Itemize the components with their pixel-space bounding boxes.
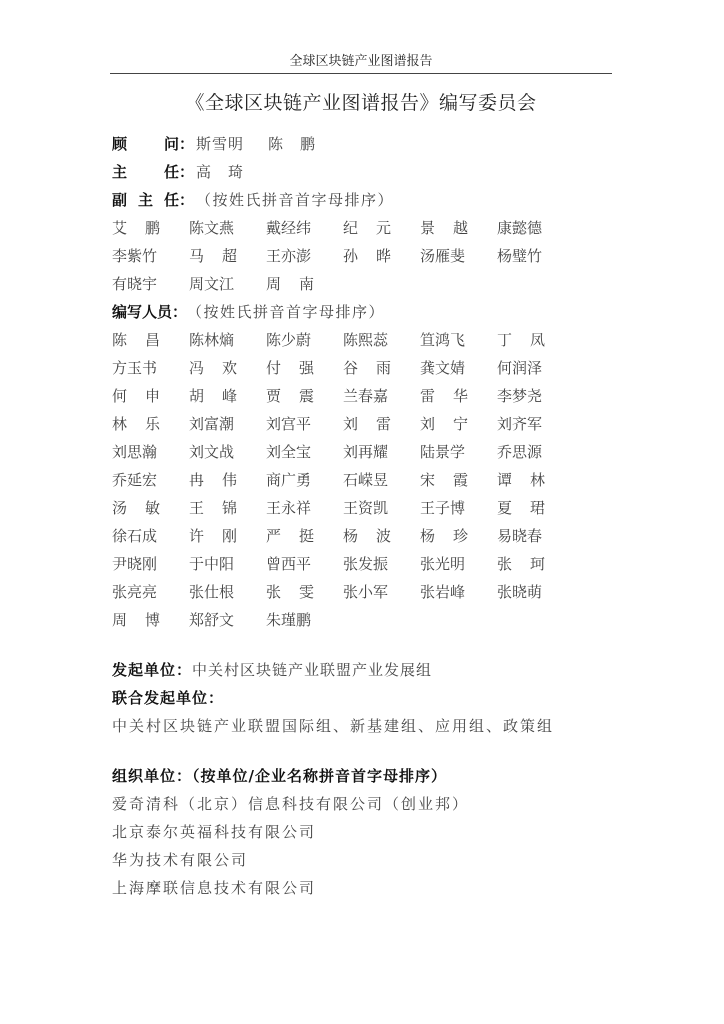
name-row: 乔延宏冉伟商广勇石嵘昱宋霞谭林 — [112, 466, 612, 494]
person-name: 刘再耀 — [343, 438, 391, 466]
person-name: 汤雁斐 — [420, 242, 468, 270]
person-name: 乔延宏 — [112, 466, 160, 494]
director-row: 主 任： 高 琦 — [112, 158, 612, 186]
person-name: 刘思瀚 — [112, 438, 160, 466]
person-name: 刘文战 — [189, 438, 237, 466]
person-name: 张亮亮 — [112, 578, 160, 606]
director-label: 主 任： — [112, 158, 196, 186]
person-name: 刘宁 — [420, 410, 468, 438]
person-name: 谷雨 — [343, 354, 391, 382]
person-name: 胡峰 — [189, 382, 237, 410]
person-name: 陈林熵 — [189, 326, 237, 354]
person-name: 曾西平 — [266, 550, 314, 578]
advisor-label: 顾 问： — [112, 130, 196, 158]
person-name: 斯雪明 — [196, 135, 244, 153]
person-name: 周南 — [266, 270, 314, 298]
name-row: 方玉书冯欢付强谷雨龚文婧何润泽 — [112, 354, 612, 382]
organizer-item: 北京泰尔英福科技有限公司 — [112, 818, 612, 846]
organizer-item: 华为技术有限公司 — [112, 846, 612, 874]
person-name: 李梦尧 — [497, 382, 545, 410]
organizers-heading: 组织单位：（按单位/企业名称拼音首字母排序） — [112, 762, 612, 790]
name-row: 刘思瀚刘文战刘全宝刘再耀陆景学乔思源 — [112, 438, 612, 466]
person-name: 陈熙蕊 — [343, 326, 391, 354]
person-name: 张发振 — [343, 550, 391, 578]
person-name: 高 琦 — [196, 163, 244, 181]
name-row: 林乐刘富潮刘宫平刘雷刘宁刘齐军 — [112, 410, 612, 438]
deputy-directors-list: 艾鹏陈文燕戴经纬纪元景越康懿德李紫竹马超王亦澎孙晔汤雁斐杨璧竹有晓宇周文江周南 — [112, 214, 612, 298]
person-name: 杨波 — [343, 522, 391, 550]
co-initiators-value: 中关村区块链产业联盟国际组、新基建组、应用组、政策组 — [112, 712, 612, 740]
person-name: 雷华 — [420, 382, 468, 410]
person-name: 张岩峰 — [420, 578, 468, 606]
person-name: 付强 — [266, 354, 314, 382]
person-name: 戴经纬 — [266, 214, 314, 242]
person-name: 张仕根 — [189, 578, 237, 606]
person-name: 林乐 — [112, 410, 160, 438]
committee-content: 顾 问： 斯雪明陈 鹏 主 任： 高 琦 副 主 任： （按姓氏拼音首字母排序）… — [112, 130, 612, 902]
initiator-row: 发起单位： 中关村区块链产业联盟产业发展组 — [112, 656, 612, 684]
person-name: 马超 — [189, 242, 237, 270]
header-rule — [110, 73, 612, 74]
organizer-item: 爱奇清科（北京）信息科技有限公司（创业邦） — [112, 790, 612, 818]
person-name: 龚文婧 — [420, 354, 468, 382]
person-name: 笪鸿飞 — [420, 326, 468, 354]
person-name: 王亦澎 — [266, 242, 314, 270]
person-name: 严挺 — [266, 522, 314, 550]
person-name: 张光明 — [420, 550, 468, 578]
person-name: 张珂 — [497, 550, 545, 578]
person-name: 刘富潮 — [189, 410, 237, 438]
person-name: 杨璧竹 — [497, 242, 545, 270]
person-name: 陈昌 — [112, 326, 160, 354]
person-name: 王锦 — [189, 494, 237, 522]
person-name: 杨珍 — [420, 522, 468, 550]
person-name: 王资凯 — [343, 494, 391, 522]
name-row: 尹晓刚于中阳曾西平张发振张光明张珂 — [112, 550, 612, 578]
person-name: 孙晔 — [343, 242, 391, 270]
person-name: 冉伟 — [189, 466, 237, 494]
writers-heading: 编写人员： （按姓氏拼音首字母排序） — [112, 298, 612, 326]
name-row: 周博郑舒文朱瑾鹏 — [112, 606, 612, 634]
person-name: 王永祥 — [266, 494, 314, 522]
writers-list: 陈昌陈林熵陈少蔚陈熙蕊笪鸿飞丁凤方玉书冯欢付强谷雨龚文婧何润泽何申胡峰贾震兰春嘉… — [112, 326, 612, 634]
person-name: 张雯 — [266, 578, 314, 606]
name-row: 有晓宇周文江周南 — [112, 270, 612, 298]
person-name: 刘雷 — [343, 410, 391, 438]
person-name: 刘宫平 — [266, 410, 314, 438]
sort-note: （按姓氏拼音首字母排序） — [196, 186, 394, 214]
person-name: 许刚 — [189, 522, 237, 550]
person-name: 易晓春 — [497, 522, 545, 550]
person-name: 郑舒文 — [189, 606, 237, 634]
person-name: 徐石成 — [112, 522, 160, 550]
name-row: 张亮亮张仕根张雯张小军张岩峰张晓萌 — [112, 578, 612, 606]
person-name: 周博 — [112, 606, 160, 634]
spacer — [112, 634, 612, 656]
person-name: 康懿德 — [497, 214, 545, 242]
person-name: 宋霞 — [420, 466, 468, 494]
name-row: 何申胡峰贾震兰春嘉雷华李梦尧 — [112, 382, 612, 410]
name-row: 李紫竹马超王亦澎孙晔汤雁斐杨璧竹 — [112, 242, 612, 270]
director-names: 高 琦 — [196, 158, 268, 186]
person-name: 谭林 — [497, 466, 545, 494]
deputy-directors-heading: 副 主 任： （按姓氏拼音首字母排序） — [112, 186, 612, 214]
person-name: 景越 — [420, 214, 468, 242]
person-name: 于中阳 — [189, 550, 237, 578]
person-name: 有晓宇 — [112, 270, 160, 298]
name-row: 徐石成许刚严挺杨波杨珍易晓春 — [112, 522, 612, 550]
person-name: 陈 鹏 — [268, 135, 316, 153]
person-name: 方玉书 — [112, 354, 160, 382]
person-name: 李紫竹 — [112, 242, 160, 270]
person-name: 汤敏 — [112, 494, 160, 522]
name-row: 陈昌陈林熵陈少蔚陈熙蕊笪鸿飞丁凤 — [112, 326, 612, 354]
person-name: 朱瑾鹏 — [266, 606, 314, 634]
person-name: 兰春嘉 — [343, 382, 391, 410]
person-name: 陈少蔚 — [266, 326, 314, 354]
person-name: 冯欢 — [189, 354, 237, 382]
person-name: 乔思源 — [497, 438, 545, 466]
document-title: 《全球区块链产业图谱报告》编写委员会 — [110, 88, 612, 115]
person-name: 纪元 — [343, 214, 391, 242]
name-row: 艾鹏陈文燕戴经纬纪元景越康懿德 — [112, 214, 612, 242]
person-name: 陆景学 — [420, 438, 468, 466]
deputy-directors-label: 副 主 任： — [112, 186, 196, 214]
initiator-label: 发起单位： — [112, 656, 192, 684]
sort-note: （按姓氏拼音首字母排序） — [187, 298, 385, 326]
person-name: 张晓萌 — [497, 578, 545, 606]
spacer — [112, 740, 612, 762]
person-name: 夏珺 — [497, 494, 545, 522]
person-name: 王子博 — [420, 494, 468, 522]
initiator-value: 中关村区块链产业联盟产业发展组 — [192, 656, 432, 684]
person-name: 张小军 — [343, 578, 391, 606]
co-initiators-heading: 联合发起单位： — [112, 684, 612, 712]
person-name: 何润泽 — [497, 354, 545, 382]
person-name: 刘齐军 — [497, 410, 545, 438]
advisor-names: 斯雪明陈 鹏 — [196, 130, 340, 158]
writers-label: 编写人员： — [112, 298, 187, 326]
person-name: 陈文燕 — [189, 214, 237, 242]
organizers-label: 组织单位：（按单位/企业名称拼音首字母排序） — [112, 762, 447, 790]
co-initiators-label: 联合发起单位： — [112, 684, 224, 712]
organizer-item: 上海摩联信息技术有限公司 — [112, 874, 612, 902]
person-name: 何申 — [112, 382, 160, 410]
person-name: 尹晓刚 — [112, 550, 160, 578]
person-name: 石嵘昱 — [343, 466, 391, 494]
person-name: 商广勇 — [266, 466, 314, 494]
page-header: 全球区块链产业图谱报告 — [110, 50, 612, 69]
person-name: 刘全宝 — [266, 438, 314, 466]
name-row: 汤敏王锦王永祥王资凯王子博夏珺 — [112, 494, 612, 522]
person-name: 丁凤 — [497, 326, 545, 354]
person-name: 周文江 — [189, 270, 237, 298]
person-name: 贾震 — [266, 382, 314, 410]
person-name: 艾鹏 — [112, 214, 160, 242]
advisor-row: 顾 问： 斯雪明陈 鹏 — [112, 130, 612, 158]
